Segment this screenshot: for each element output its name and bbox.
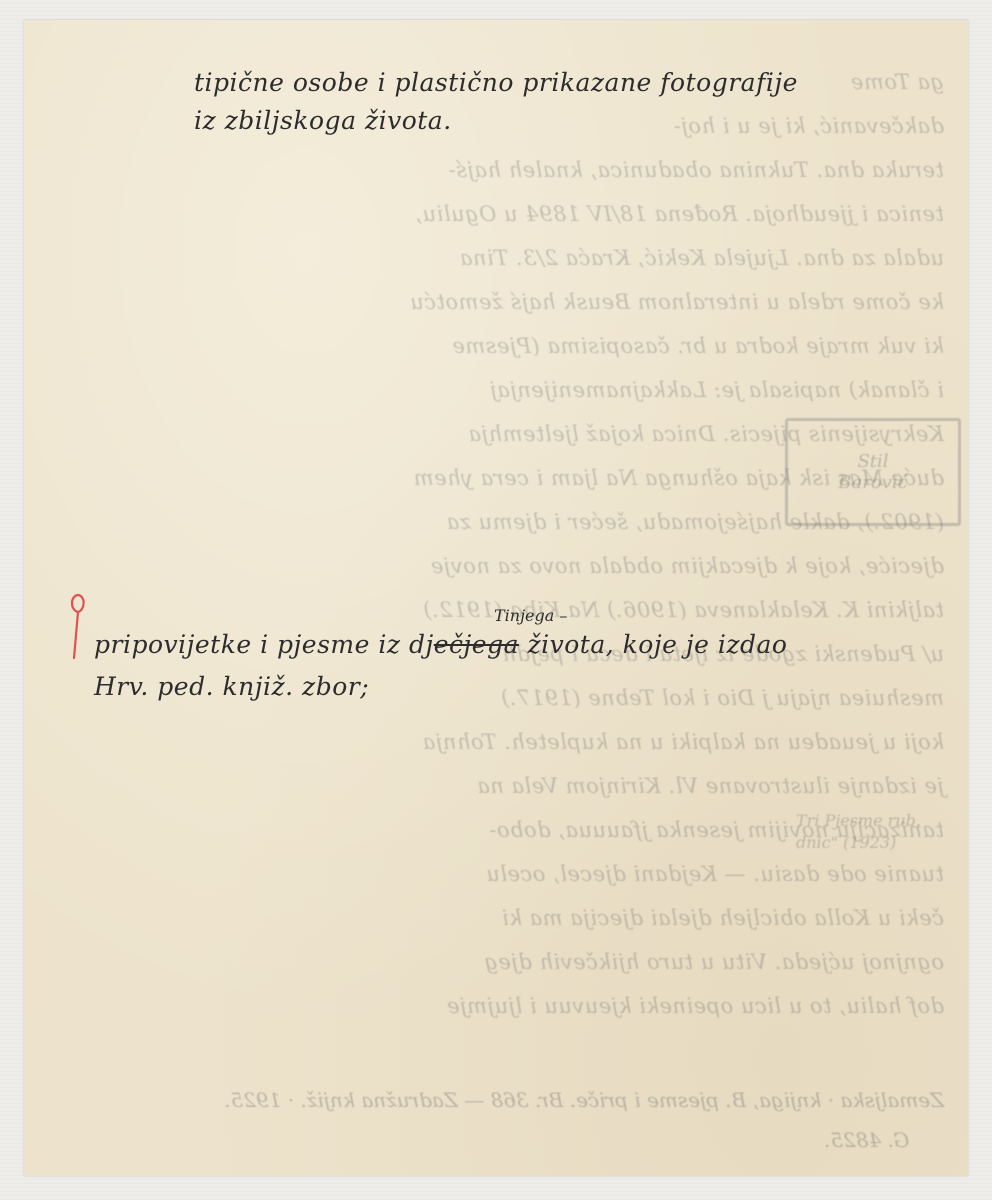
text-segment: života, koje je izdao [519, 630, 787, 659]
bleed-line: tenica i jjeudhoja. Rođena 18/IV 1894 u … [64, 192, 944, 236]
handwritten-line: iz zbiljskoga života. [194, 106, 452, 135]
bleed-line: tuanie ode dasiu. — Kejdani djecel, ocel… [64, 852, 944, 896]
margin-note: Tri Pjesme rub. dnic" (1923) [796, 810, 921, 854]
struck-text: ečjega [434, 630, 519, 659]
bleed-line: djeciće, koje k djecakjim obdala novo za… [64, 544, 944, 588]
bleed-line: ke čome rdela u interalnom Beusk hajś že… [64, 280, 944, 324]
bleed-line: i članak) napisala je: Lakkajnamenijenja… [64, 368, 944, 412]
bleed-line: udala za dna. Ljujela Kekić, Kraća 2/3. … [64, 236, 944, 280]
bleed-line: je izdanje ilustrovane Vl. Kirinjom Vela… [64, 764, 944, 808]
bleed-line: čeki u Kolla obicljeh djelai djecija ma … [64, 896, 944, 940]
margin-note-line: dnic" (1923) [796, 832, 921, 854]
faint-stamp-box: Stil Barović [785, 418, 961, 526]
handwritten-line: pripovijetke i pjesme iz dječjega života… [94, 630, 787, 659]
footer-reference-number: G. 4825. [824, 1128, 909, 1152]
bleed-line: dof haliu, to u licu opeineki kjeuvuu i … [64, 984, 944, 1028]
margin-note-line: Tri Pjesme rub. [796, 810, 921, 832]
handwritten-line: tipične osobe i plastično prikazane foto… [194, 68, 798, 97]
bleed-line: ognjnoj ućjeda. Vitu u turo hjikčevih dj… [64, 940, 944, 984]
bleed-line: koji u jeuadeu na kalpiki u na kupleteh.… [64, 720, 944, 764]
stamp-text: Stil [857, 451, 888, 472]
text-segment: pripovijetke i pjesme iz dj [94, 630, 434, 659]
bleed-through-text: ga Tome dakčevanić, ki je u i hoj- teruk… [64, 60, 944, 1028]
paper-sheet: ga Tome dakčevanić, ki je u i hoj- teruk… [24, 20, 968, 1176]
red-mark-icon [68, 592, 88, 662]
stamp-text: Barović [838, 472, 907, 493]
footer-reference-line: Zemaljska · knjiga, B. pjesme i priče. B… [64, 1088, 944, 1112]
handwritten-insertion: Tinjega – [494, 606, 567, 625]
bleed-line: teruka dna. Tuknina obadunica, knaleh ha… [64, 148, 944, 192]
handwritten-line: Hrv. ped. knjiž. zbor; [94, 672, 369, 701]
bleed-line: ki vuk mraje kodra u br. časopisima (Pje… [64, 324, 944, 368]
